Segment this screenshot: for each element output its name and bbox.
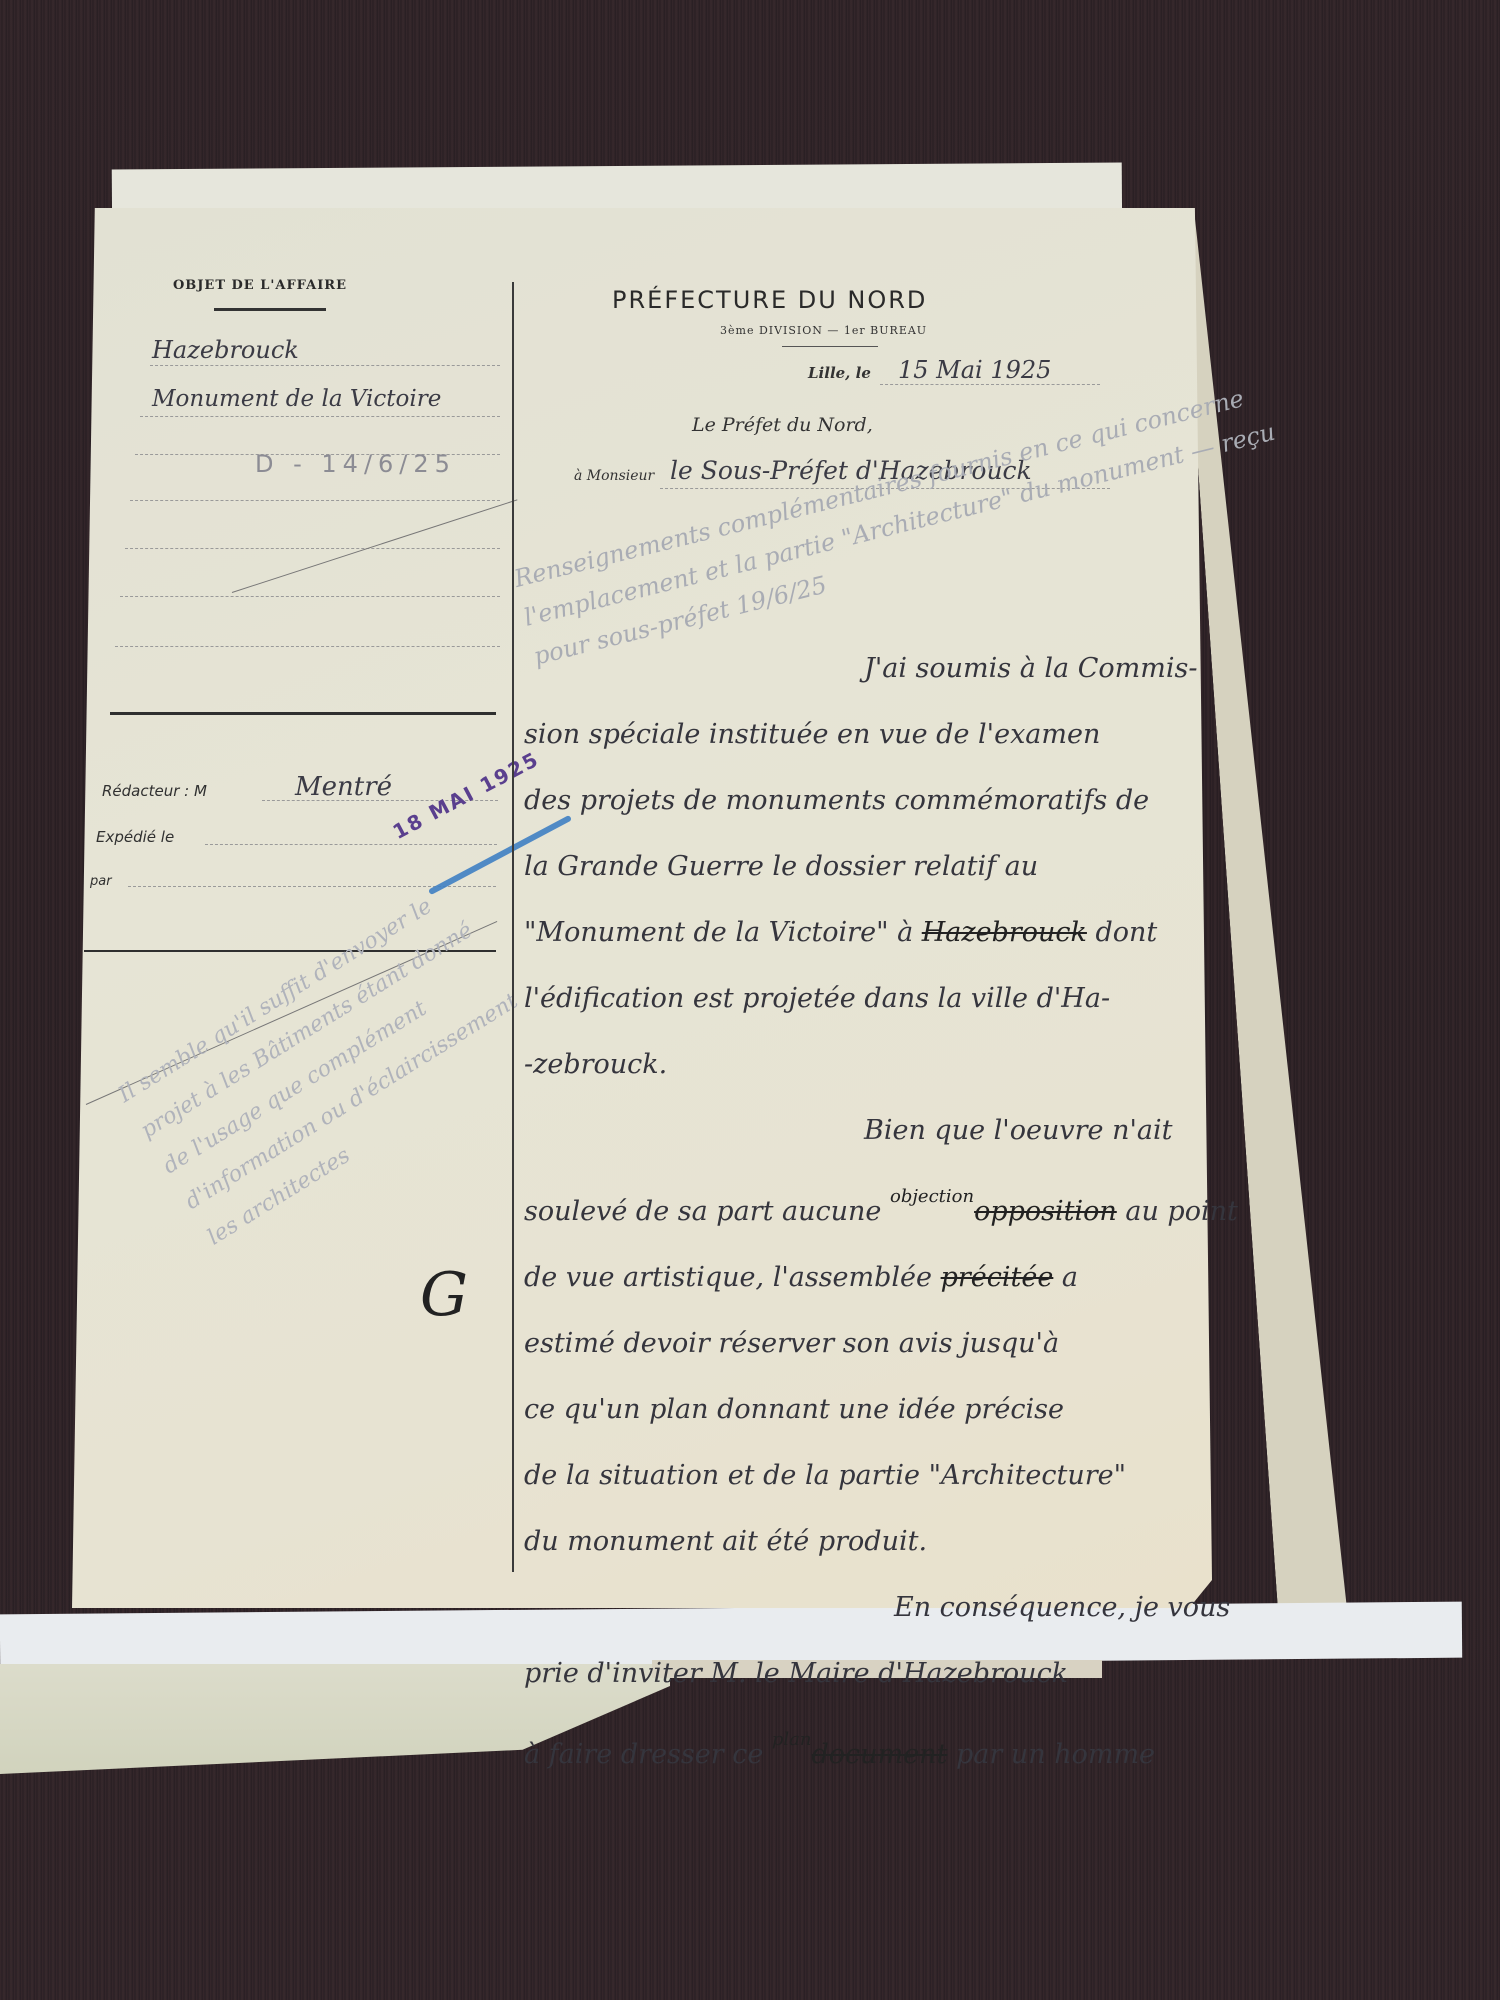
objet-heading: OBJET DE L'AFFAIRE: [110, 278, 410, 293]
redacteur-label: Rédacteur : M: [102, 782, 207, 800]
struck-word: opposition: [974, 1196, 1117, 1227]
body-line: estimé devoir réserver son avis jusqu'à: [524, 1311, 1354, 1377]
body-text-segment: "Monument de la Victoire" à: [524, 917, 922, 948]
body-text-segment: a: [1053, 1262, 1078, 1293]
body-line: soulevé de sa part aucune objectionoppos…: [524, 1164, 1354, 1245]
body-line: J'ai soumis à la Commis-: [524, 636, 1354, 702]
body-text-segment: au point: [1117, 1196, 1238, 1227]
struck-word: précitée: [941, 1262, 1054, 1293]
place-label: Lille, le: [808, 364, 871, 382]
subject-line-1: Hazebrouck: [152, 336, 299, 364]
body-line: sion spéciale instituée en vue de l'exam…: [524, 702, 1354, 768]
body-line: prie d'inviter M. le Maire d'Hazebrouck: [524, 1641, 1354, 1707]
ruled-line: [130, 500, 500, 502]
body-text-segment: de vue artistique, l'assemblée: [524, 1262, 941, 1293]
ruled-line: [205, 844, 497, 846]
ruled-line: [115, 646, 500, 648]
ruled-line: [120, 596, 500, 598]
body-line: ce qu'un plan donnant une idée précise: [524, 1377, 1354, 1443]
body-line: à faire dresser ce plandocument par un h…: [524, 1707, 1354, 1788]
letterhead-rule: [782, 346, 878, 347]
par-label: par: [90, 874, 112, 889]
letter-date: 15 Mai 1925: [898, 356, 1051, 384]
ruled-line: [880, 384, 1100, 386]
letterhead-title: PRÉFECTURE DU NORD: [612, 286, 927, 314]
struck-word: document: [812, 1739, 948, 1770]
body-line: la Grande Guerre le dossier relatif au: [524, 834, 1354, 900]
column-divider: [512, 282, 514, 1572]
ruled-line: [140, 416, 500, 418]
body-line: "Monument de la Victoire" à Hazebrouck d…: [524, 900, 1354, 966]
body-text-segment: dont: [1087, 917, 1157, 948]
body-line: -zebrouck.: [524, 1032, 1354, 1098]
pencil-date-note: D - 14/6/25: [255, 450, 456, 478]
sender: Le Préfet du Nord,: [692, 414, 873, 436]
initial-signature: G: [420, 1260, 468, 1330]
body-line: des projets de monuments commémoratifs d…: [524, 768, 1354, 834]
body-line: de vue artistique, l'assemblée précitée …: [524, 1245, 1354, 1311]
expedie-label: Expédié le: [96, 828, 174, 846]
letter-body: J'ai soumis à la Commis- sion spéciale i…: [524, 636, 1354, 1788]
body-line: de la situation et de la partie "Archite…: [524, 1443, 1354, 1509]
subject-line-2: Monument de la Victoire: [152, 386, 441, 412]
body-text-segment: soulevé de sa part aucune: [524, 1196, 890, 1227]
ruled-line: [150, 365, 500, 367]
body-line: du monument ait été produit.: [524, 1509, 1354, 1575]
inserted-word: plan: [772, 1729, 812, 1750]
redacteur-value: Mentré: [295, 772, 392, 802]
heading-rule: [214, 308, 326, 311]
body-text-segment: à faire dresser ce: [524, 1739, 772, 1770]
body-line: l'édification est projetée dans la ville…: [524, 966, 1354, 1032]
body-text-segment: par un homme: [947, 1739, 1155, 1770]
section-rule: [110, 712, 496, 715]
letterhead-subtitle: 3ème DIVISION — 1er BUREAU: [720, 324, 927, 337]
body-line: En conséquence, je vous: [524, 1575, 1354, 1641]
struck-word: Hazebrouck: [922, 917, 1087, 948]
ruled-line: [125, 548, 500, 550]
body-line: Bien que l'oeuvre n'ait: [524, 1098, 1354, 1164]
recipient-label: à Monsieur: [574, 468, 654, 484]
inserted-word: objection: [890, 1186, 974, 1207]
